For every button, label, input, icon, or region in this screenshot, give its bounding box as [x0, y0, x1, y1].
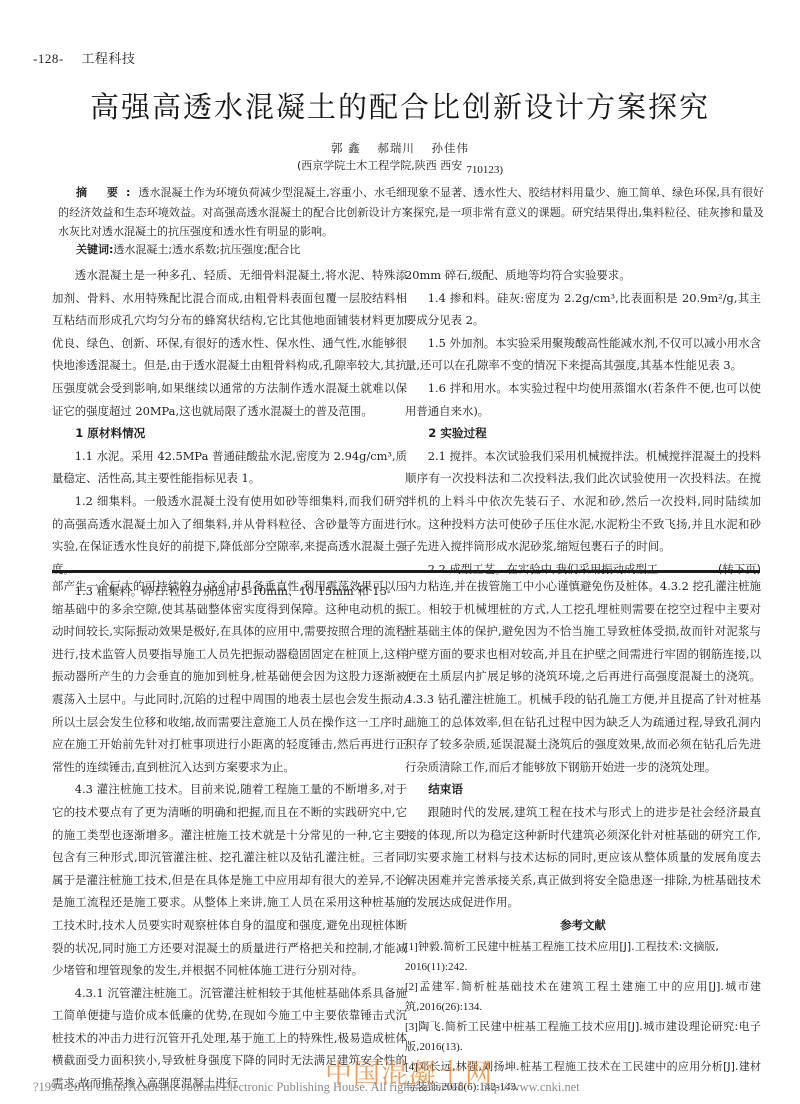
reference-item: [2]孟建军.简析桩基础技术在建筑工程土建施工中的应用[J].城市建筑,2016… [405, 977, 761, 1017]
abstract-text: 透水混凝土作为环境负荷减少型混凝土,容重小、水毛细现象不显著、透水性大、胶结材料… [58, 186, 764, 238]
reference-number: [2] [405, 981, 418, 993]
paragraph: 跟随时代的发展,建筑工程在技术与形式上的进步是社会经济最直接的体现,所以为稳定这… [405, 801, 761, 914]
postal-code: 710123) [466, 164, 503, 176]
paragraph: 1.6 拌和用水。本实验过程中均使用蒸馏水(若条件不便,也可以使用普通自来水)。 [405, 377, 761, 422]
author: 孙佳伟 [431, 141, 469, 155]
page-number: -128- [33, 51, 64, 66]
reference-number: [3] [405, 1021, 418, 1033]
upper-left-column: 透水混凝土是一种多孔、轻质、无细骨料混凝土,将水泥、特殊添加剂、骨料、水用特殊配… [52, 264, 407, 603]
copyright-footer: ?1994-2018 China Academic Journal Electr… [33, 1080, 580, 1095]
lower-left-column: 部产生一个巨大的可持续的力,这个力具备垂直性,利用震荡效果可以压缩基础中的多余空… [52, 575, 407, 1095]
paragraph: 4.3 灌注桩施工技术。目前来说,随着工程施工量的不断增多,对于它的技术要点有了… [52, 778, 407, 981]
paragraph: 2.1 搅拌。本次试验我们采用机械搅拌法。机械搅拌混凝土的投料顺序有一次投料法和… [405, 445, 761, 558]
affiliation-text: (西京学院土木工程学院,陕西 西安 [297, 159, 462, 172]
reference-item: [1]钟毅.简析工民建中桩基工程施工技术应用[J].工程技术:文摘版, 2016… [405, 937, 761, 977]
author-list: 郭 鑫 郝瑞川 孙佳伟 [0, 140, 800, 156]
lower-right-column: 内力粘连,并在拔管施工中小心谨慎避免伤及桩体。4.3.2 挖孔灌注桩施工。相较于… [405, 575, 761, 1097]
section-heading: 1 原材料情况 [52, 422, 407, 445]
paragraph: 1.4 掺和料。硅灰:密度为 2.2g/cm³,比表面积是 20.9m²/g,其… [405, 287, 761, 332]
journal-name: 工程科技 [81, 52, 135, 67]
reference-meta: 2016(13). [420, 1041, 463, 1053]
abstract-label: 摘 要: [76, 186, 138, 199]
running-header: -128- 工程科技 [33, 48, 135, 67]
paragraph: 部产生一个巨大的可持续的力,这个力具备垂直性,利用震荡效果可以压缩基础中的多余空… [52, 575, 407, 778]
upper-right-column: 20mm 碎石,级配、质地等均符合实验要求。 1.4 掺和料。硅灰:密度为 2.… [405, 264, 761, 580]
reference-number: [1] [405, 941, 418, 953]
references-heading: 参考文献 [405, 914, 761, 937]
section-heading: 结束语 [405, 778, 761, 801]
paragraph-text: 2.2 成型工艺。在实验中,我们采用振动成型工 [428, 562, 658, 576]
abstract: 摘 要:透水混凝土作为环境负荷减少型混凝土,容重小、水毛细现象不显著、透水性大、… [58, 183, 764, 242]
article-title: 高强高透水混凝土的配合比创新设计方案探究 [0, 85, 800, 126]
paragraph: 内力粘连,并在拔管施工中小心谨慎避免伤及桩体。4.3.2 挖孔灌注桩施工。相较于… [405, 575, 761, 778]
keywords-text: 透水混凝土;透水系数;抗压强度;配合比 [113, 243, 300, 256]
paragraph: 1.2 细集料。一般透水混凝土没有使用如砂等细集料,而我们研究的高强高透水混凝土… [52, 490, 407, 580]
reference-meta: 2016(26):134. [420, 1001, 483, 1013]
section-divider [52, 570, 760, 573]
footer-url[interactable]: http://www.cnki.net [481, 1080, 580, 1094]
reference-meta: 2016(11):242. [405, 961, 467, 973]
author: 郝瑞川 [377, 141, 415, 155]
paragraph: 20mm 碎石,级配、质地等均符合实验要求。 [405, 264, 761, 287]
keywords: 关键词:透水混凝土;透水系数;抗压强度;配合比 [76, 241, 301, 257]
copyright-text: ?1994-2018 China Academic Journal Electr… [33, 1080, 467, 1094]
paragraph: 1.5 外加剂。本实验采用聚羧酸高性能减水剂,不仅可以减小用水含量,还可以在孔隙… [405, 332, 761, 377]
affiliation: (西京学院土木工程学院,陕西 西安710123) [0, 157, 800, 173]
paragraph: 1.1 水泥。采用 42.5MPa 普通硅酸盐水泥,密度为 2.94g/cm³,… [52, 445, 407, 490]
reference-text: 钟毅.简析工民建中桩基工程施工技术应用[J].工程技术:文摘版, [418, 940, 719, 953]
section-heading: 2 实验过程 [405, 422, 761, 445]
keywords-label: 关键词: [76, 243, 113, 256]
reference-item: [3]陶飞.简析工民建中桩基工程施工技术应用[J].城市建设理论研究:电子版,2… [405, 1017, 761, 1057]
author: 郭 鑫 [331, 141, 361, 155]
paragraph: 透水混凝土是一种多孔、轻质、无细骨料混凝土,将水泥、特殊添加剂、骨料、水用特殊配… [52, 264, 407, 422]
